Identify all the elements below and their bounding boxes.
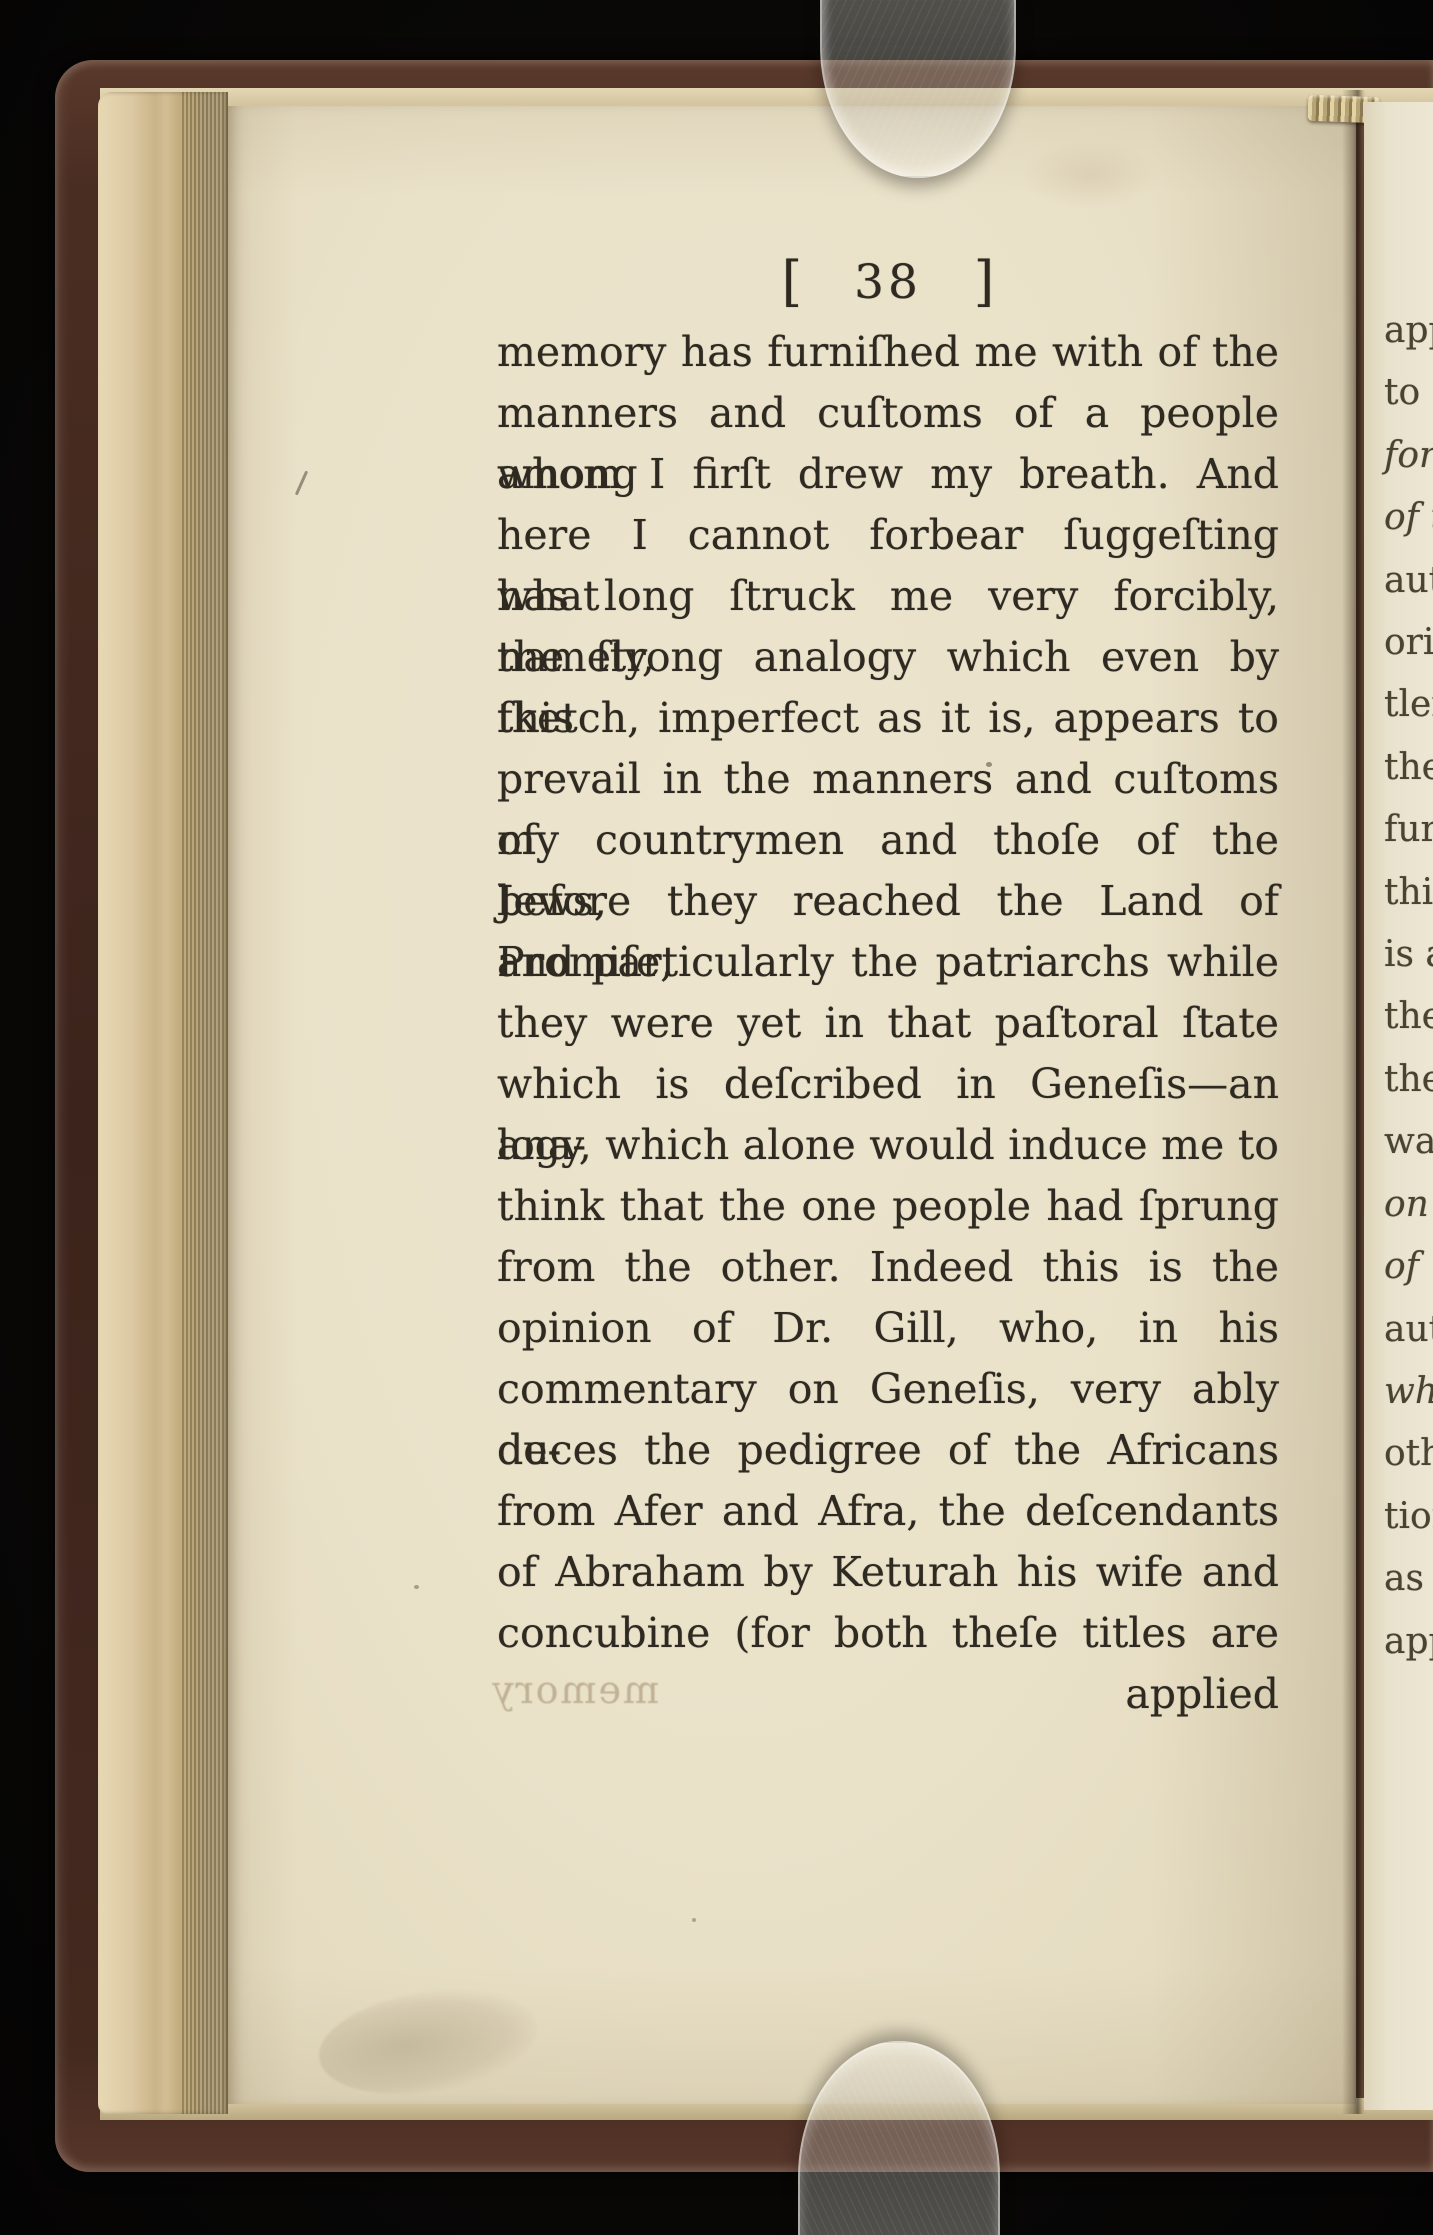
fragment-line: of — [1384, 1236, 1433, 1298]
header-bracket-right: ] — [974, 251, 994, 314]
fragment-line: to — [1384, 362, 1433, 424]
fragment-line: as — [1384, 1548, 1433, 1610]
text-line: logy, which alone would induce me to — [497, 1115, 1279, 1176]
fragment-line: fur — [1384, 799, 1433, 861]
text-line: before they reached the Land of Promiſe, — [497, 871, 1279, 932]
text-line: opinion of Dr. Gill, who, in his — [497, 1298, 1279, 1359]
text-line: concubine (for both theſe titles are — [497, 1603, 1279, 1664]
page-speck — [414, 1585, 419, 1589]
fragment-line: app — [1384, 1611, 1433, 1673]
fragment-line: is a — [1384, 924, 1433, 986]
page-speck — [692, 1918, 696, 1922]
fragment-line: this — [1384, 862, 1433, 924]
fragment-line: tlem — [1384, 674, 1433, 736]
text-line: they were yet in that paſtoral ſtate — [497, 993, 1279, 1054]
text-line: of Abraham by Keturah his wife and — [497, 1542, 1279, 1603]
next-page-fragments: apptoforof thauthorigtlemthefurthisis at… — [1384, 300, 1433, 1673]
text-line: and particularly the patriarchs while — [497, 932, 1279, 993]
fragment-line: of th — [1384, 487, 1433, 549]
page-fore-edge-stack — [98, 92, 228, 2114]
fragment-line: the — [1384, 737, 1433, 799]
fragment-line: aut — [1384, 1299, 1433, 1361]
gutter-shadow — [1342, 90, 1366, 2114]
text-line: memory has furniſhed me with of the — [497, 322, 1279, 383]
text-block: memory has furniſhed me with of themanne… — [497, 322, 1279, 1725]
fragment-line: wh — [1384, 1361, 1433, 1423]
fragment-line: othe — [1384, 1423, 1433, 1485]
text-line: think that the one people had ſprung — [497, 1176, 1279, 1237]
fragment-line: auth — [1384, 550, 1433, 612]
text-line: has long ſtruck me very forcibly, namely… — [497, 566, 1279, 627]
page-header: [ 38 ] — [497, 246, 1279, 318]
fragment-line: the — [1384, 986, 1433, 1048]
text-line: from the other. Indeed this is the — [497, 1237, 1279, 1298]
text-line: ſketch, imperfect as it is, appears to — [497, 688, 1279, 749]
header-bracket-left: [ — [782, 251, 802, 314]
page-number: 38 — [854, 255, 922, 310]
fragment-line: orig — [1384, 612, 1433, 674]
text-line: which is deſcribed in Geneſis—an ana- — [497, 1054, 1279, 1115]
text-line: prevail in the manners and cuſtoms of — [497, 749, 1279, 810]
text-line: whom I firſt drew my breath. And — [497, 444, 1279, 505]
page-stain — [1020, 140, 1160, 210]
fragment-line: app — [1384, 300, 1433, 362]
text-line: commentary on Geneſis, very ably de- — [497, 1359, 1279, 1420]
text-line: my countrymen and thoſe of the Jews, — [497, 810, 1279, 871]
text-line: manners and cuſtoms of a people among — [497, 383, 1279, 444]
fragment-line: tion — [1384, 1486, 1433, 1548]
fragment-line: the — [1384, 1049, 1433, 1111]
fragment-line: wa — [1384, 1111, 1433, 1173]
facing-page-sliver: apptoforof thauthorigtlemthefurthisis at… — [1364, 102, 1433, 2110]
text-line: the ſtrong analogy which even by this — [497, 627, 1279, 688]
ghost-showthrough-text: memory — [490, 1668, 659, 1712]
fragment-line: on — [1384, 1174, 1433, 1236]
photo-stage: [ 38 ] memory has furniſhed me with of t… — [0, 0, 1433, 2235]
text-line: duces the pedigree of the Africans — [497, 1420, 1279, 1481]
fragment-line: for — [1384, 425, 1433, 487]
text-line: from Afer and Afra, the deſcendants — [497, 1481, 1279, 1542]
text-line: here I cannot forbear ſuggeſting what — [497, 505, 1279, 566]
